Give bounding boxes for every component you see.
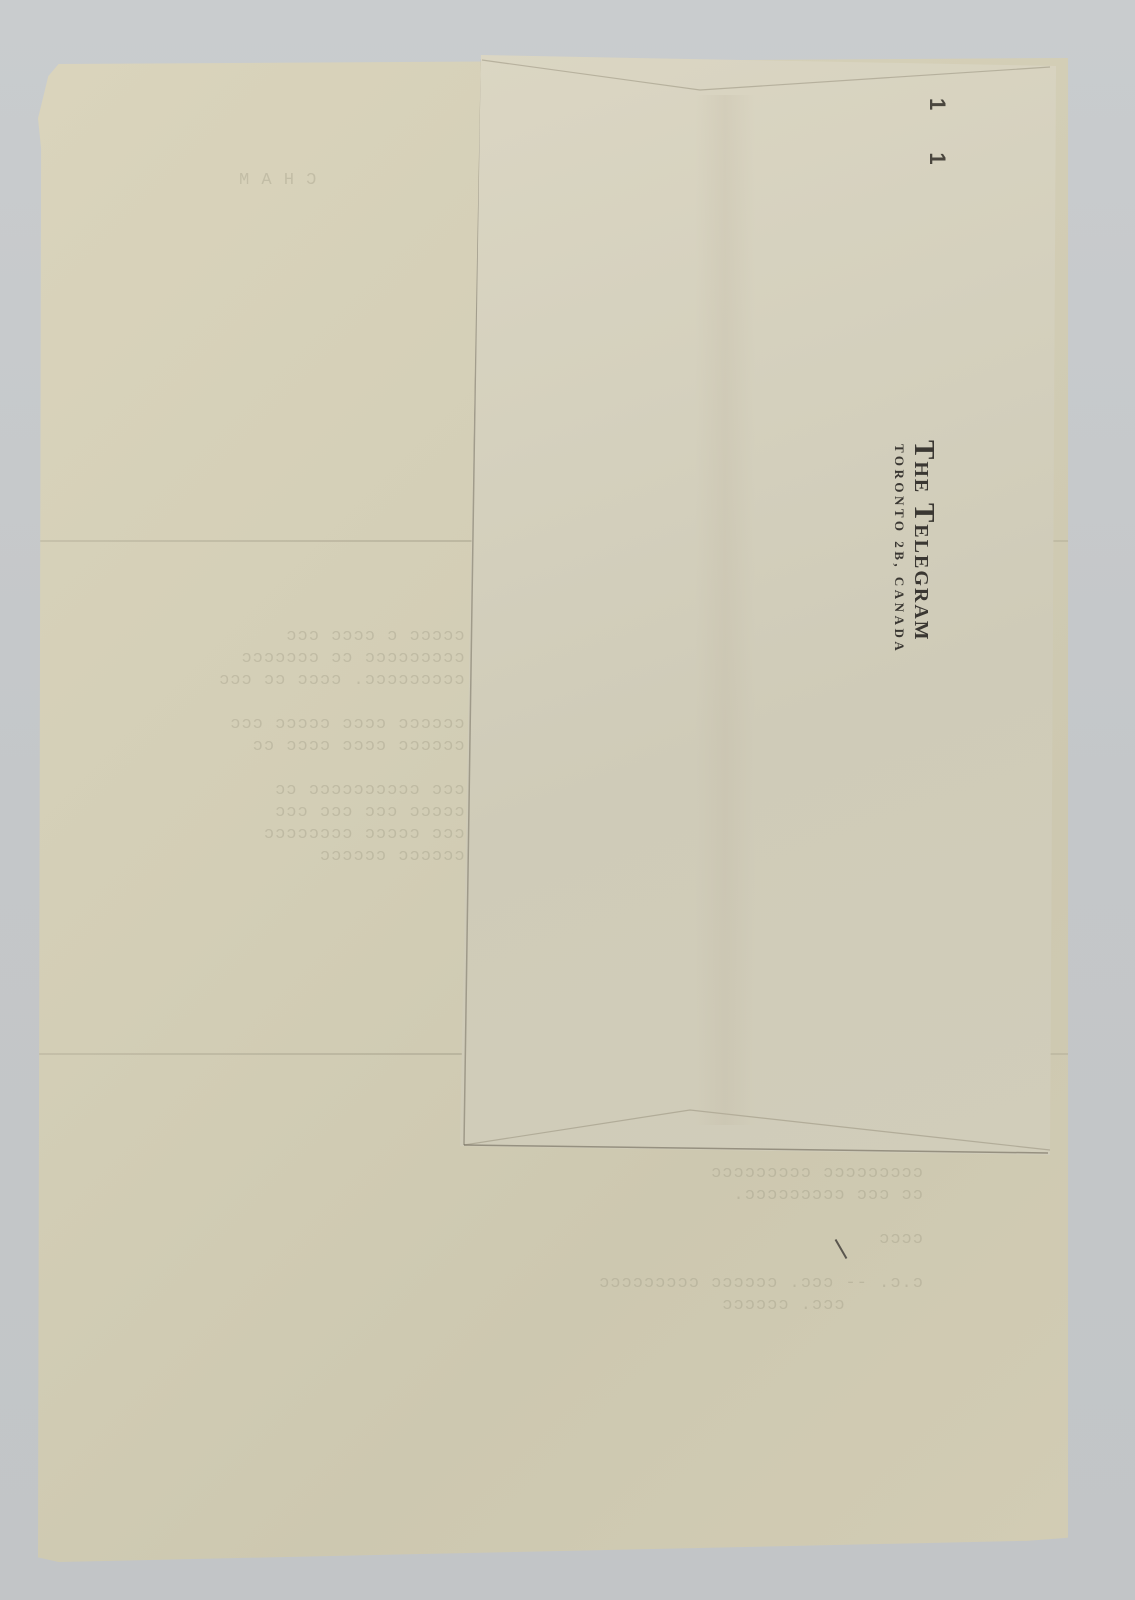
envelope-seam	[695, 95, 755, 1125]
letterhead-bleed-through: C H A M	[238, 170, 316, 192]
return-address: The Telegram TORONTO 2B, CANADA	[890, 440, 940, 654]
envelope-flap-lines	[460, 55, 1056, 1155]
pencil-marks: 1 1	[924, 98, 950, 183]
return-address-name: The Telegram	[908, 440, 940, 654]
bleed-through-text-upper: ccccc c cccc ccc ccccccccc cc ccccccc cc…	[218, 626, 464, 868]
bleed-through-text-lower: ccccccccc ccccccccc cc ccc ccccccccc. cc…	[598, 1163, 923, 1317]
return-address-city: TORONTO 2B, CANADA	[890, 444, 908, 654]
envelope	[460, 55, 1056, 1155]
